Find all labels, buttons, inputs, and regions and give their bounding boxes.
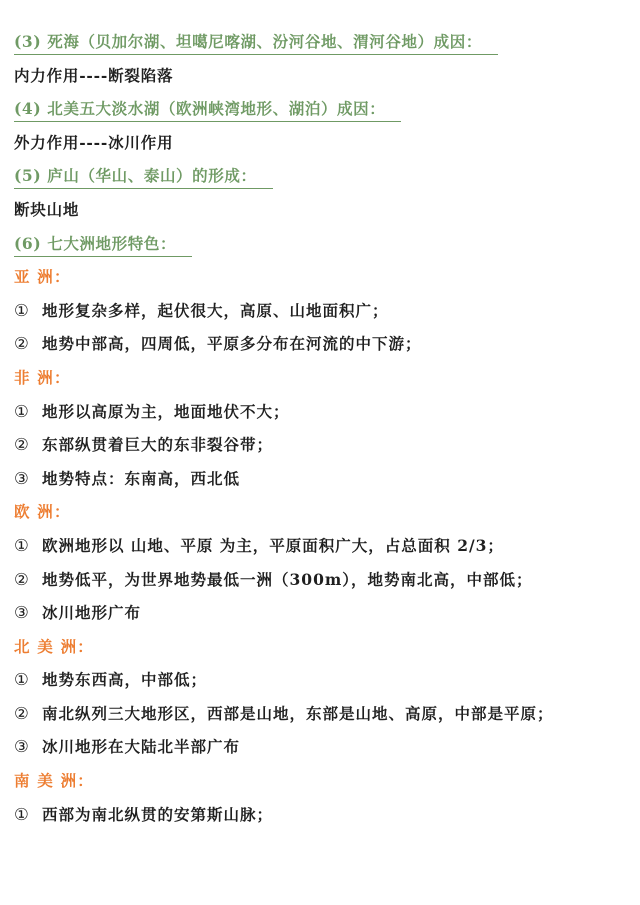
line-item: ③冰川地形广布 bbox=[14, 596, 632, 630]
circled-number-marker: ③ bbox=[14, 730, 33, 764]
item-text: 地势低平，为世界地势最低一洲（300m），地势南北高，中部低； bbox=[42, 570, 533, 589]
line-item: ①地形复杂多样，起伏很大，高原、山地面积广； bbox=[14, 294, 632, 328]
line-continent: 亚 洲： bbox=[14, 260, 632, 294]
item-text: 地势中部高，四周低，平原多分布在河流的中下游； bbox=[42, 334, 422, 353]
circled-number-marker: ② bbox=[14, 327, 33, 361]
circled-number-marker: ② bbox=[14, 563, 33, 597]
line-heading: (6) 七大洲地形特色： bbox=[14, 227, 632, 261]
heading-text: (6) 七大洲地形特色： bbox=[14, 232, 192, 257]
line-continent: 非 洲： bbox=[14, 361, 632, 395]
item-text: 地势东西高，中部低； bbox=[42, 670, 207, 689]
line-item: ①欧洲地形以 山地、平原 为主，平原面积广大，占总面积 2/3； bbox=[14, 529, 632, 563]
line-item: ②南北纵列三大地形区，西部是山地，东部是山地、高原，中部是平原； bbox=[14, 697, 632, 731]
circled-number-marker: ① bbox=[14, 663, 33, 697]
line-body: 内力作用----断裂陷落 bbox=[14, 59, 632, 93]
circled-number-marker: ③ bbox=[14, 462, 33, 496]
line-item: ③地势特点：东南高，西北低 bbox=[14, 462, 632, 496]
line-heading: (4) 北美五大淡水湖（欧洲峡湾地形、湖泊）成因： bbox=[14, 92, 632, 126]
line-item: ③冰川地形在大陆北半部广布 bbox=[14, 730, 632, 764]
line-item: ②地势中部高，四周低，平原多分布在河流的中下游； bbox=[14, 327, 632, 361]
line-heading: (3) 死海（贝加尔湖、坦噶尼喀湖、汾河谷地、渭河谷地）成因： bbox=[14, 25, 632, 59]
line-item: ①地形以高原为主，地面地伏不大； bbox=[14, 395, 632, 429]
line-continent: 北 美 洲： bbox=[14, 630, 632, 664]
circled-number-marker: ① bbox=[14, 395, 33, 429]
item-text: 冰川地形广布 bbox=[42, 603, 141, 622]
item-text: 地形复杂多样，起伏很大，高原、山地面积广； bbox=[42, 301, 389, 320]
body-text: 内力作用----断裂陷落 bbox=[14, 66, 173, 85]
item-text: 东部纵贯着巨大的东非裂谷带； bbox=[42, 435, 273, 454]
line-body: 断块山地 bbox=[14, 193, 632, 227]
document-page: (3) 死海（贝加尔湖、坦噶尼喀湖、汾河谷地、渭河谷地）成因：内力作用----断… bbox=[0, 0, 640, 905]
continent-text: 非 洲： bbox=[14, 368, 71, 387]
item-text: 西部为南北纵贯的安第斯山脉； bbox=[42, 805, 273, 824]
circled-number-marker: ③ bbox=[14, 596, 33, 630]
item-text: 地势特点：东南高，西北低 bbox=[42, 469, 240, 488]
circled-number-marker: ② bbox=[14, 697, 33, 731]
continent-text: 北 美 洲： bbox=[14, 637, 94, 656]
continent-text: 欧 洲： bbox=[14, 502, 71, 521]
line-body: 外力作用----冰川作用 bbox=[14, 126, 632, 160]
continent-text: 亚 洲： bbox=[14, 267, 71, 286]
heading-text: (4) 北美五大淡水湖（欧洲峡湾地形、湖泊）成因： bbox=[14, 97, 401, 122]
circled-number-marker: ① bbox=[14, 529, 33, 563]
circled-number-marker: ② bbox=[14, 428, 33, 462]
circled-number-marker: ① bbox=[14, 798, 33, 832]
item-text: 南北纵列三大地形区，西部是山地，东部是山地、高原，中部是平原； bbox=[42, 704, 554, 723]
line-item: ①地势东西高，中部低； bbox=[14, 663, 632, 697]
heading-text: (5) 庐山（华山、泰山）的形成： bbox=[14, 164, 273, 189]
circled-number-marker: ① bbox=[14, 294, 33, 328]
item-text: 地形以高原为主，地面地伏不大； bbox=[42, 402, 290, 421]
item-text: 冰川地形在大陆北半部广布 bbox=[42, 737, 240, 756]
continent-text: 南 美 洲： bbox=[14, 771, 94, 790]
line-item: ①西部为南北纵贯的安第斯山脉； bbox=[14, 798, 632, 832]
body-text: 外力作用----冰川作用 bbox=[14, 133, 173, 152]
line-item: ②东部纵贯着巨大的东非裂谷带； bbox=[14, 428, 632, 462]
line-continent: 南 美 洲： bbox=[14, 764, 632, 798]
line-item: ②地势低平，为世界地势最低一洲（300m），地势南北高，中部低； bbox=[14, 563, 632, 597]
line-continent: 欧 洲： bbox=[14, 495, 632, 529]
heading-text: (3) 死海（贝加尔湖、坦噶尼喀湖、汾河谷地、渭河谷地）成因： bbox=[14, 30, 498, 55]
line-heading: (5) 庐山（华山、泰山）的形成： bbox=[14, 159, 632, 193]
body-text: 断块山地 bbox=[14, 200, 79, 219]
item-text: 欧洲地形以 山地、平原 为主，平原面积广大，占总面积 2/3； bbox=[42, 536, 504, 555]
